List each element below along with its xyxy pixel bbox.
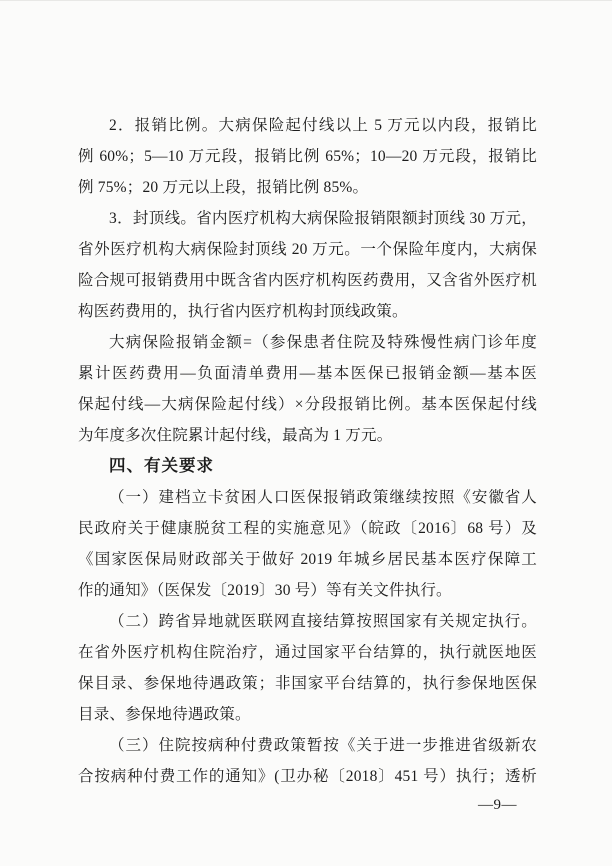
document-page: 2．报销比例。大病保险起付线以上 5 万元以内段，报销比 例 60%；5—10 … [0, 0, 612, 866]
text-line: （二）跨省异地就医联网直接结算按照国家有关规定执行。 [78, 606, 537, 637]
text-line: 累计医药费用—负面清单费用—基本医保已报销金额—基本医 [78, 358, 537, 389]
paragraph: 3．封顶线。省内医疗机构大病保险报销限额封顶线 30 万元， 省外医疗机构大病保… [78, 203, 537, 327]
text-line: （三）住院按病种付费政策暂按《关于进一步推进省级新农 [78, 730, 537, 761]
document-body: 2．报销比例。大病保险起付线以上 5 万元以内段，报销比 例 60%；5—10 … [78, 110, 537, 792]
text-line: 构医药费用的，执行省内医疗机构封顶线政策。 [78, 296, 537, 327]
text-line: 2．报销比例。大病保险起付线以上 5 万元以内段，报销比 [78, 110, 537, 141]
text-line: 3．封顶线。省内医疗机构大病保险报销限额封顶线 30 万元， [78, 203, 537, 234]
text-line: 民政府关于健康脱贫工程的实施意见》（皖政〔2016〕68 号）及 [78, 513, 537, 544]
text-line: 合按病种付费工作的通知》(卫办秘〔2018〕451 号）执行；透析 [78, 761, 537, 792]
text-line: 省外医疗机构大病保险封顶线 20 万元。一个保险年度内，大病保 [78, 234, 537, 265]
text-line: 险合规可报销费用中既含省内医疗机构医药费用，又含省外医疗机 [78, 265, 537, 296]
text-line: 作的通知》（医保发〔2019〕30 号）等有关文件执行。 [78, 575, 537, 606]
page-number: —9— [478, 794, 517, 816]
text-line: 例 75%；20 万元以上段，报销比例 85%。 [78, 172, 537, 203]
text-line: 例 60%；5—10 万元段，报销比例 65%；10—20 万元段，报销比 [78, 141, 537, 172]
paragraph: 大病保险报销金额=（参保患者住院及特殊慢性病门诊年度 累计医药费用—负面清单费用… [78, 327, 537, 451]
text-line: 目录、参保地待遇政策。 [78, 699, 537, 730]
paragraph: 2．报销比例。大病保险起付线以上 5 万元以内段，报销比 例 60%；5—10 … [78, 110, 537, 203]
text-line: 《国家医保局财政部关于做好 2019 年城乡居民基本医疗保障工 [78, 544, 537, 575]
paragraph: （一）建档立卡贫困人口医保报销政策继续按照《安徽省人 民政府关于健康脱贫工程的实… [78, 482, 537, 606]
text-line: 为年度多次住院累计起付线，最高为 1 万元。 [78, 420, 537, 451]
text-line: 在省外医疗机构住院治疗，通过国家平台结算的，执行就医地医 [78, 637, 537, 668]
text-line: （一）建档立卡贫困人口医保报销政策继续按照《安徽省人 [78, 482, 537, 513]
text-line: 保起付线—大病保险起付线）×分段报销比例。基本医保起付线 [78, 389, 537, 420]
paragraph: （二）跨省异地就医联网直接结算按照国家有关规定执行。 在省外医疗机构住院治疗，通… [78, 606, 537, 730]
section-heading: 四、有关要求 [78, 451, 537, 482]
paragraph: （三）住院按病种付费政策暂按《关于进一步推进省级新农 合按病种付费工作的通知》(… [78, 730, 537, 792]
text-line: 大病保险报销金额=（参保患者住院及特殊慢性病门诊年度 [78, 327, 537, 358]
text-line: 保目录、参保地待遇政策；非国家平台结算的，执行参保地医保 [78, 668, 537, 699]
